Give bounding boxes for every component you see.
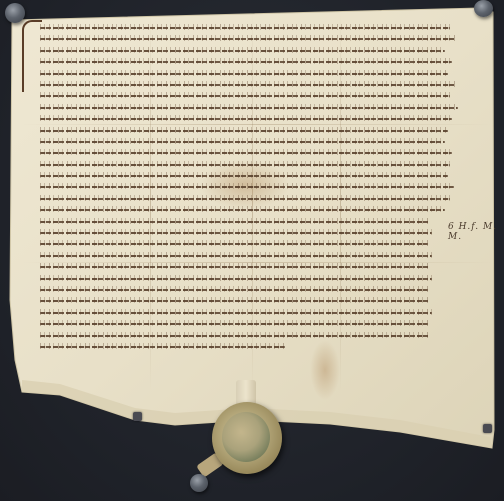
text-line [40,159,460,170]
text-line [40,295,460,306]
text-line [40,147,460,158]
text-line [40,170,460,181]
wax-seal [212,402,282,474]
top-left-pin [5,3,25,23]
text-line [40,193,460,204]
text-line [40,273,460,284]
text-line [40,45,460,56]
text-line [40,307,460,318]
text-line [40,102,460,113]
text-line [40,68,460,79]
text-line [40,341,460,352]
bottom-seal-pin [190,474,208,492]
text-line [40,204,460,215]
bottom-left-clip [133,412,142,421]
bottom-right-clip [483,424,492,433]
text-line [40,125,460,136]
text-line [40,250,460,261]
handwritten-text-block [40,22,460,352]
text-line [40,318,460,329]
text-line [40,216,460,227]
marginal-annotation: 6 H.f. M. M. [448,222,504,242]
text-line [40,227,460,238]
decorated-initial [22,20,42,92]
text-line [40,238,460,249]
text-line [40,284,460,295]
text-line [40,79,460,90]
text-line [40,261,460,272]
text-line [40,330,460,341]
text-line [40,90,460,101]
text-line [40,56,460,67]
text-line [40,136,460,147]
text-line [40,181,460,192]
top-right-pin [474,0,493,17]
text-line [40,113,460,124]
text-line [40,22,460,33]
seal-impression [222,412,270,462]
text-line [40,33,460,44]
